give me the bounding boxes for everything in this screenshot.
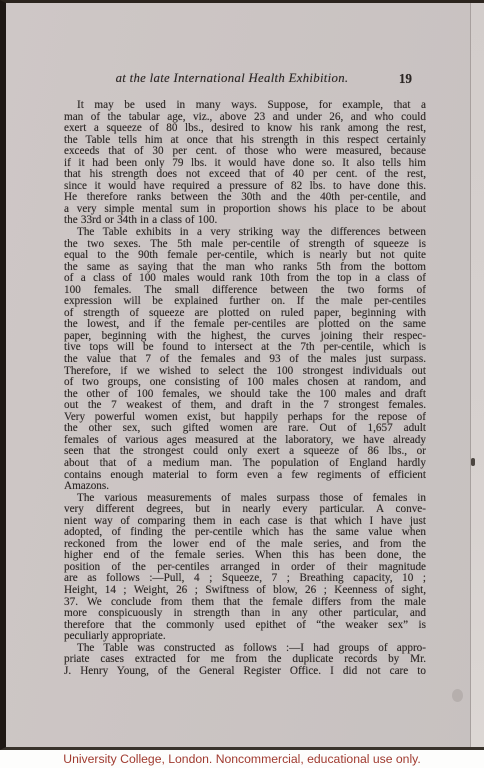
paragraph: The Table was constructed as follows :—I… xyxy=(64,643,426,678)
text-line: priate cases extracted for me from the d… xyxy=(64,654,426,666)
text-line: adopted, of finding the per-centile whic… xyxy=(64,527,426,539)
page-edge-strip xyxy=(471,3,484,747)
text-line: He therefore ranks between the 30th and … xyxy=(64,192,426,204)
text-line: Very powerful women exist, but happily p… xyxy=(64,412,426,424)
text-line: a very simple mental sum in proportion s… xyxy=(64,204,426,216)
text-line: 100 females. The small difference betwee… xyxy=(64,285,426,297)
page-body: It may be used in many ways. Suppose, fo… xyxy=(64,100,426,677)
text-line: of a class of 100 males would rank 10th … xyxy=(64,273,426,285)
text-line: The Table was constructed as follows :—I… xyxy=(64,643,426,655)
paragraph: The various measurements of males surpas… xyxy=(64,493,426,643)
page-number: 19 xyxy=(399,70,412,87)
attribution-caption: University College, London. Noncommercia… xyxy=(63,752,420,766)
text-line: seen that the strongest could only exert… xyxy=(64,446,426,458)
text-line: the Table tells him at once that his str… xyxy=(64,135,426,147)
text-line: paper, beginning with the highest, the c… xyxy=(64,331,426,343)
text-line: females of various ages measured at the … xyxy=(64,435,426,447)
scanned-book-page: at the late International Health Exhibit… xyxy=(0,0,484,750)
text-line: exert a squeeze of 80 lbs., desired to k… xyxy=(64,123,426,135)
text-line: if it had been only 79 lbs. it would hav… xyxy=(64,158,426,170)
text-line: out the 7 weakest of them, and draft in … xyxy=(64,400,426,412)
text-line: of strength of squeeze are plotted on ru… xyxy=(64,308,426,320)
text-line: peculiarly appropriate. xyxy=(64,631,426,643)
text-line: the lowest, and if the female per-centil… xyxy=(64,319,426,331)
text-line: expression will be explained further on.… xyxy=(64,296,426,308)
text-line: the other of 100 females, we should take… xyxy=(64,389,426,401)
text-line: reckoned from the lower end of the male … xyxy=(64,539,426,551)
text-line: more conspicuously in strength than in a… xyxy=(64,608,426,620)
text-line: since it would have required a pressure … xyxy=(64,181,426,193)
text-line: about that of a medium man. The populati… xyxy=(64,458,426,470)
text-line: the same as saying that the man who rank… xyxy=(64,262,426,274)
text-line: the two sexes. The 5th male per-centile … xyxy=(64,239,426,251)
text-line: The various measurements of males surpas… xyxy=(64,493,426,505)
text-line: 37. We conclude from them that the femal… xyxy=(64,597,426,609)
text-column: at the late International Health Exhibit… xyxy=(64,70,426,677)
paper-speck xyxy=(471,458,475,466)
text-line: The Table exhibits in a very striking wa… xyxy=(64,227,426,239)
text-line: Therefore, if we wished to select the 10… xyxy=(64,366,426,378)
text-line: man of the tabular age, viz., above 23 a… xyxy=(64,112,426,124)
running-head: at the late International Health Exhibit… xyxy=(64,70,426,87)
text-line: are as follows :—Pull, 4 ; Squeeze, 7 ; … xyxy=(64,573,426,585)
text-line: the 33rd or 34th in a class of 100. xyxy=(64,215,426,227)
text-line: the other sex, such gifted women are rar… xyxy=(64,423,426,435)
caption-bar: University College, London. Noncommercia… xyxy=(0,750,484,768)
text-line: that his strength does not exceed that o… xyxy=(64,169,426,181)
text-line: very different degrees, but in nearly ev… xyxy=(64,504,426,516)
text-line: higher end of the female series. When th… xyxy=(64,550,426,562)
screenshot-stage: at the late International Health Exhibit… xyxy=(0,0,484,768)
text-line: contains enough material to form even a … xyxy=(64,470,426,482)
paper-smudge xyxy=(452,689,463,702)
paragraph: The Table exhibits in a very striking wa… xyxy=(64,227,426,493)
text-line: nient way of comparing them in each case… xyxy=(64,516,426,528)
text-line: therefore that the commonly used epithet… xyxy=(64,620,426,632)
text-line: of two groups, one consisting of 100 mal… xyxy=(64,377,426,389)
text-line: tive tops will be found to intersect at … xyxy=(64,342,426,354)
text-line: exceeds that of 30 per cent. of those wh… xyxy=(64,146,426,158)
text-line: equal to the 90th female per-centile, wh… xyxy=(64,250,426,262)
running-title: at the late International Health Exhibit… xyxy=(64,70,426,87)
text-line: the value that 7 of the females and 93 o… xyxy=(64,354,426,366)
text-line: J. Henry Young, of the General Register … xyxy=(64,666,426,678)
text-line: It may be used in many ways. Suppose, fo… xyxy=(64,100,426,112)
text-line: position of the per-centiles arranged in… xyxy=(64,562,426,574)
text-line: Height, 14 ; Weight, 26 ; Swiftness of b… xyxy=(64,585,426,597)
text-line: Amazons. xyxy=(64,481,426,493)
paragraph: It may be used in many ways. Suppose, fo… xyxy=(64,100,426,227)
